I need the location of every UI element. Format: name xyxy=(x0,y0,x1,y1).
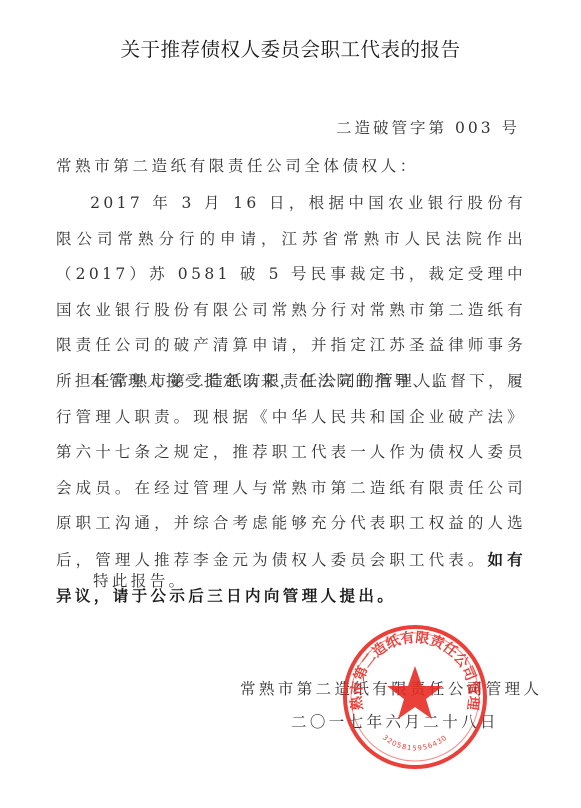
official-seal-icon: 常熟市第二造纸有限责任公司管理人 3205815956430 xyxy=(340,622,490,772)
document-number: 二造破管字第 003 号 xyxy=(336,116,520,138)
seal-serial-number: 3205815956430 xyxy=(381,734,449,753)
paragraph-text: 2017 年 3 月 16 日，根据中国农业银行股份有限公司常熟分行的申请，江苏… xyxy=(56,194,526,390)
document-page: 关于推荐债权人委员会职工代表的报告 二造破管字第 003 号 常熟市第二造纸有限… xyxy=(0,0,581,808)
closing-statement: 特此报告。 xyxy=(93,569,188,591)
document-title: 关于推荐债权人委员会职工代表的报告 xyxy=(0,34,581,62)
salutation: 常熟市第二造纸有限责任公司全体债权人： xyxy=(56,154,419,176)
paragraph-text: 本管理人接受指定以来，在法院的指导、监督下，履行管理人职责。现根据《中华人民共和… xyxy=(56,372,526,569)
svg-text:3205815956430: 3205815956430 xyxy=(381,734,449,753)
